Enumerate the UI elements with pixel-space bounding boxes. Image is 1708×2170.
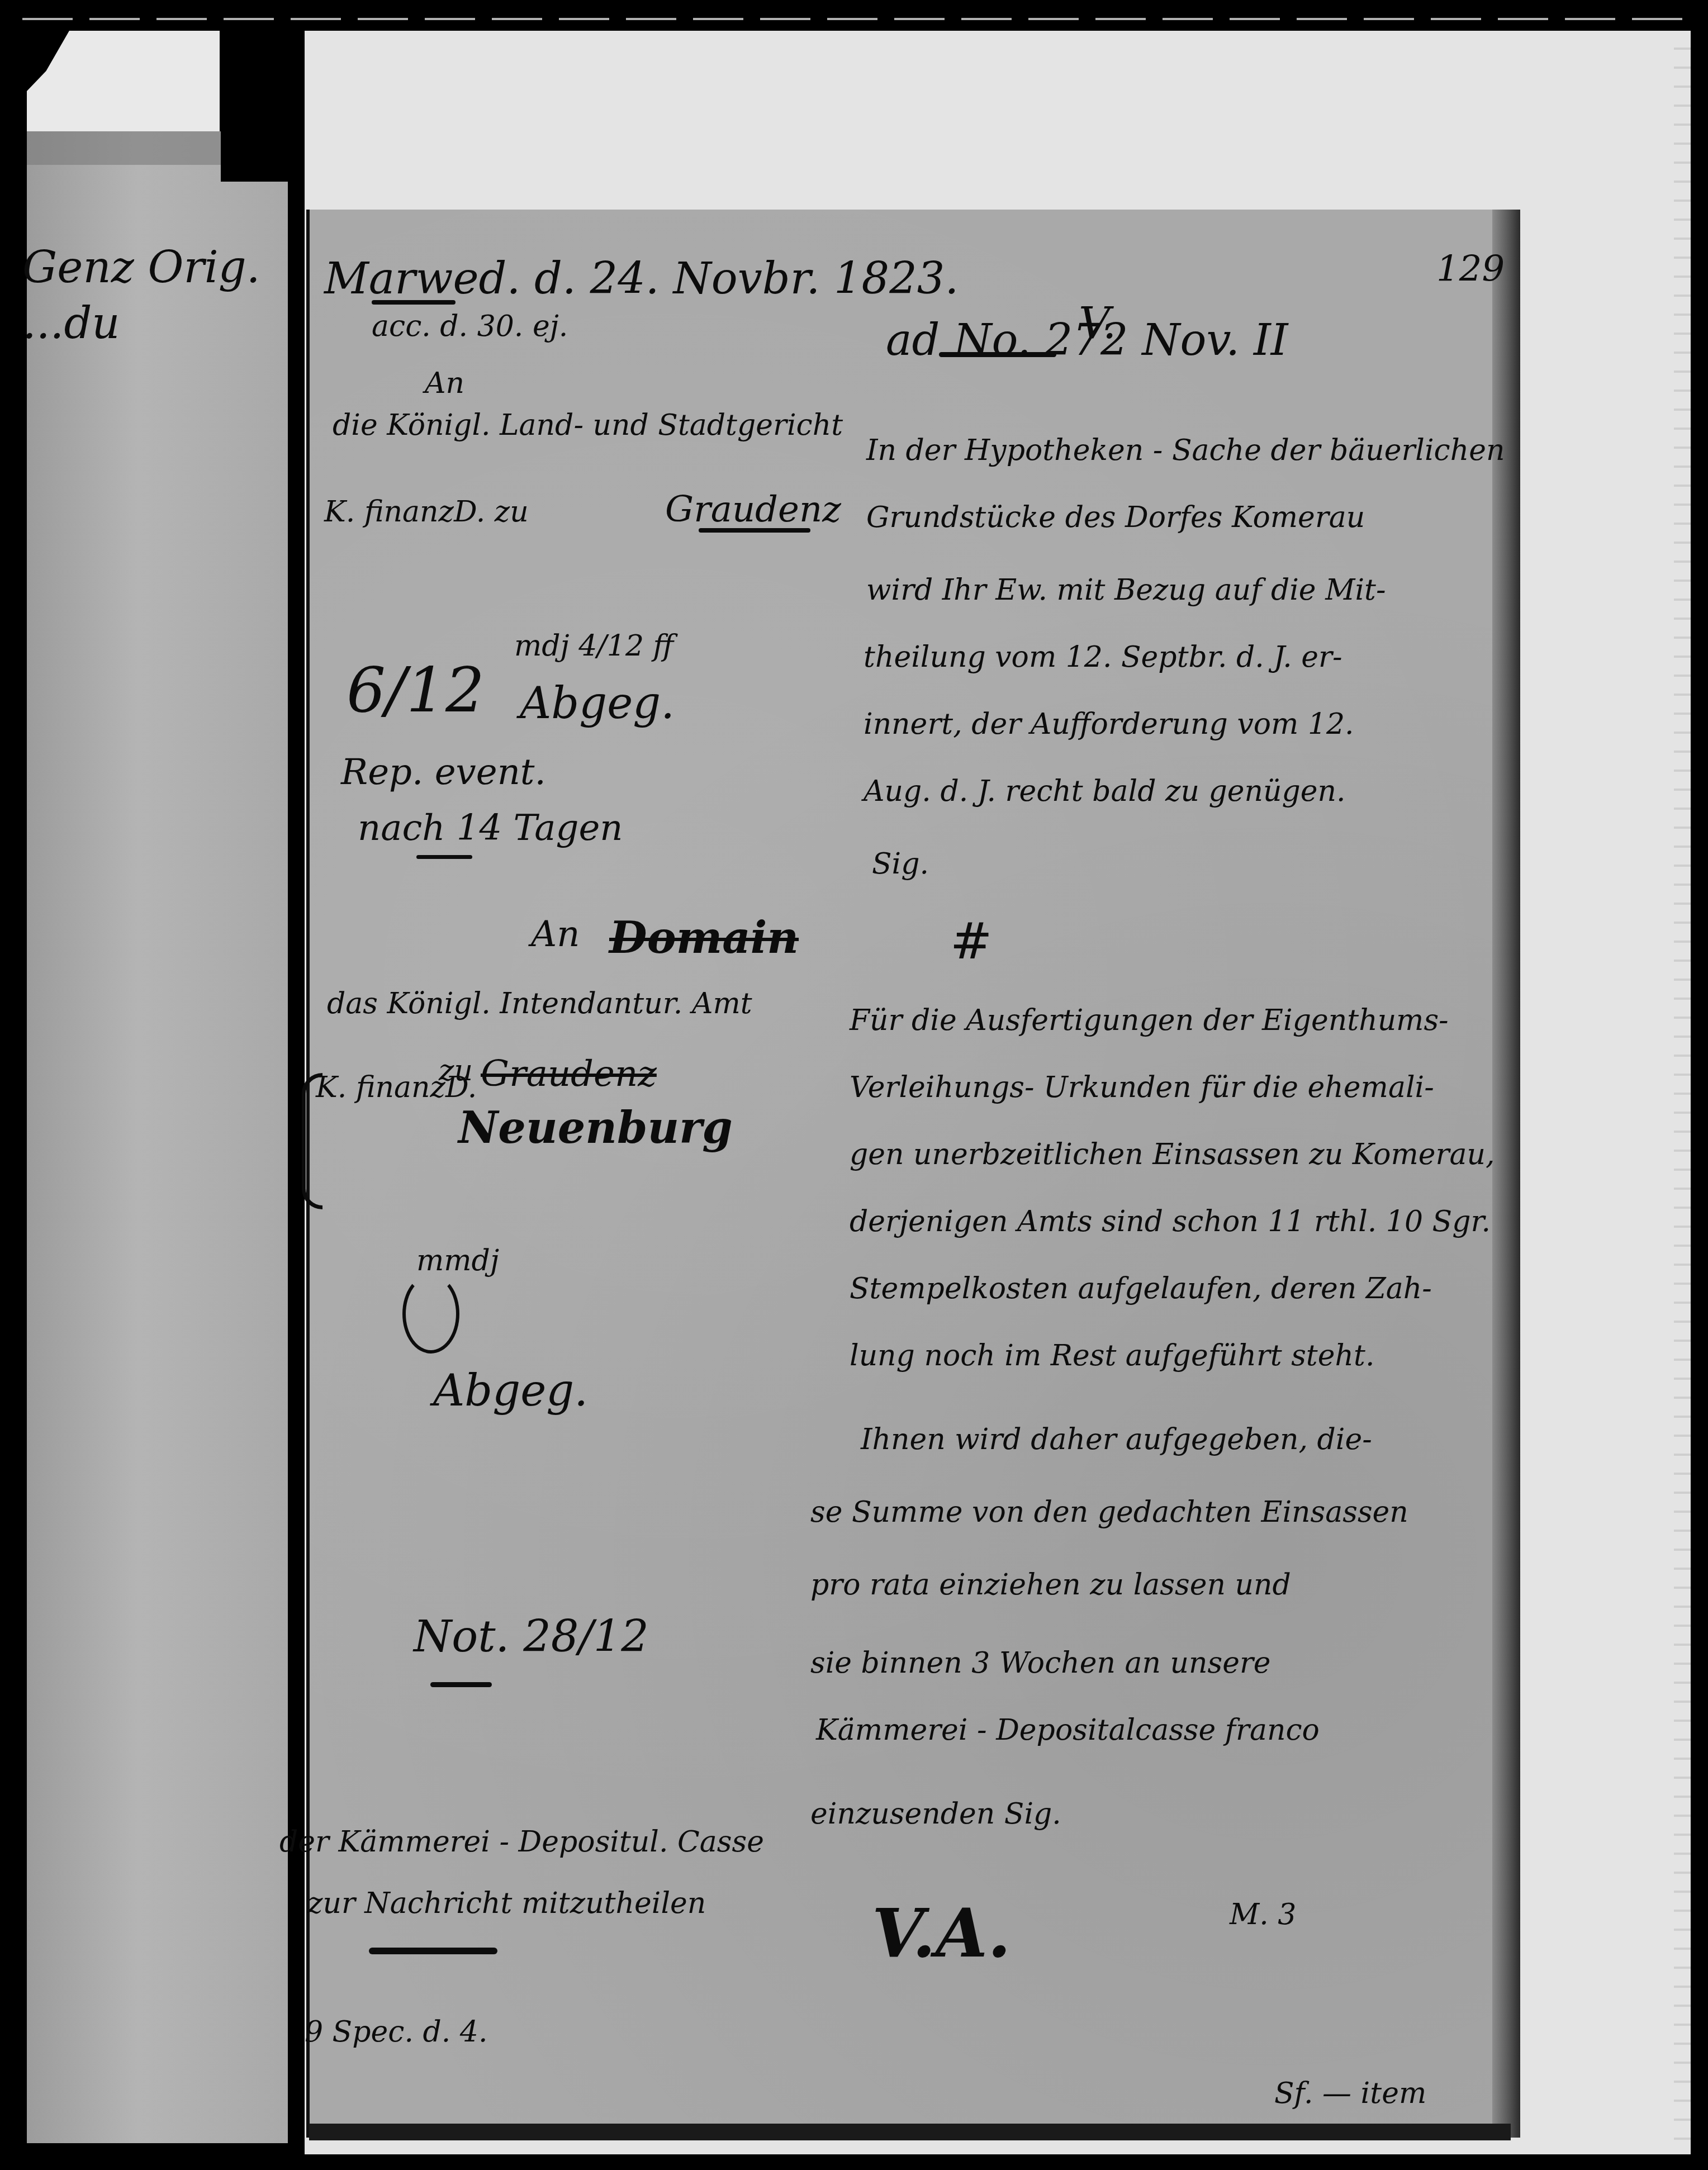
para2-line10: sie binnen 3 Wochen an unsere xyxy=(810,1649,1271,1678)
para2-line9: pro rata einziehen zu lassen und xyxy=(810,1570,1291,1599)
block1-line1: die Königl. Land- und Stadtgericht xyxy=(333,411,843,440)
para2-line7: Ihnen wird daher aufgegeben, die- xyxy=(861,1425,1372,1454)
footer-line3: 9 Spec. d. 4. xyxy=(305,2017,487,2046)
left-fragment-page xyxy=(27,131,303,2143)
note-abgeg-2: Abgeg. xyxy=(433,1369,588,1413)
para2-line4: derjenigen Amts sind schon 11 rthl. 10 S… xyxy=(850,1207,1491,1236)
signature-initials: V.A. xyxy=(872,1900,1011,1967)
block1-prefix: An xyxy=(425,369,464,398)
para1-line2: Grundstücke des Dorfes Komerau xyxy=(866,503,1365,532)
signature-sig: Sig. xyxy=(872,849,929,879)
note-loop xyxy=(402,1274,459,1354)
footer-line2: zur Nachricht mitzutheilen xyxy=(307,1889,706,1918)
note-mdj: mdj 4/12 ff xyxy=(514,631,673,661)
section-separator: # xyxy=(950,917,992,967)
main-page-right-edge xyxy=(1492,210,1520,2138)
block2-struck-word: Domain xyxy=(609,917,799,960)
backing-sheet-left xyxy=(27,31,220,131)
para2-line11: Kämmerei - Depositalcasse franco xyxy=(816,1716,1320,1745)
footer-underline xyxy=(369,1948,497,1954)
para2-line2: Verleihungs- Urkunden für die ehemali- xyxy=(850,1073,1434,1102)
note-underline xyxy=(416,855,472,859)
para1-line6: Aug. d. J. recht bald zu genügen. xyxy=(864,777,1346,806)
date-note: 6/12 xyxy=(347,659,485,721)
para1-line5: innert, der Aufforderung vom 12. xyxy=(864,710,1354,739)
note-not: Not. 28/12 xyxy=(414,1615,649,1659)
note-rep-event: Rep. event. xyxy=(341,754,546,790)
margin-bracket xyxy=(302,1073,322,1209)
main-page-bottom-edge xyxy=(309,2124,1511,2140)
date-strike xyxy=(372,300,456,305)
binding-shadow xyxy=(221,31,288,182)
para1-line1: In der Hypotheken - Sache der bäuerliche… xyxy=(866,436,1505,465)
block1-place: Graudenz xyxy=(665,492,841,528)
reference-mark: V. xyxy=(1079,302,1117,345)
note-14-tagen: nach 14 Tagen xyxy=(358,810,623,846)
backing-sheet-edge xyxy=(1674,31,1691,2154)
block2-line1: das Königl. Intendantur. Amt xyxy=(327,989,752,1018)
reference-underline xyxy=(939,352,1056,357)
para2-line8: se Summe von den gedachten Einsassen xyxy=(810,1498,1408,1527)
block1-line2: K. finanzD. zu xyxy=(324,497,529,526)
note-mmdj: mmdj xyxy=(416,1246,499,1275)
para1-line4: theilung vom 12. Septbr. d. J. er- xyxy=(864,643,1342,672)
para2-line12: einzusenden Sig. xyxy=(810,1799,1061,1829)
para2-line1: Für die Ausfertigungen der Eigenthums- xyxy=(850,1006,1449,1035)
note-not-underline xyxy=(430,1682,492,1687)
scanner-frame-line xyxy=(22,18,1688,20)
left-fragment-line1: Genz Orig. xyxy=(22,246,260,289)
block2-prefix: An xyxy=(531,917,580,952)
margin-note: M. 3 xyxy=(1230,1900,1296,1929)
bottom-right-note: Sf. — item xyxy=(1274,2079,1426,2108)
left-fragment-line2: ...du xyxy=(22,302,120,345)
folio-number: 129 xyxy=(1436,251,1505,287)
para2-line5: Stempelkosten aufgelaufen, deren Zah- xyxy=(850,1274,1432,1303)
footer-line1: der Kämmerei - Depositul. Casse xyxy=(279,1827,764,1856)
block2-zu: zu xyxy=(439,1056,473,1085)
block2-place: Neuenburg xyxy=(458,1107,733,1150)
received-date: acc. d. 30. ej. xyxy=(372,312,568,341)
note-abgeg: Abgeg. xyxy=(520,682,675,725)
para2-line6: lung noch im Rest aufgeführt steht. xyxy=(850,1341,1374,1370)
place-date: Marwed. d. 24. Novbr. 1823. xyxy=(324,257,959,301)
para2-line3: gen unerbzeitlichen Einsassen zu Komerau… xyxy=(850,1140,1495,1169)
place-flourish xyxy=(699,528,810,533)
backing-sheet-bottom xyxy=(309,2140,1690,2154)
para1-line3: wird Ihr Ew. mit Bezug auf die Mit- xyxy=(866,576,1386,605)
block2-struck-place: Graudenz xyxy=(481,1056,657,1092)
scanner-frame-top xyxy=(0,0,1708,31)
